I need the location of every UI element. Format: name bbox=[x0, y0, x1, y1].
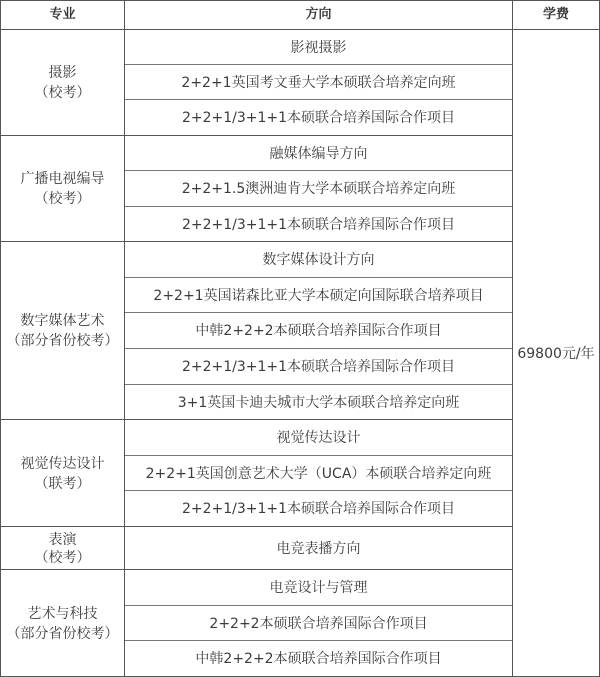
direction-cell: 电竞表播方向 bbox=[125, 527, 512, 570]
direction-cell: 2+2+1/3+1+1本硕联合培养国际合作项目 bbox=[125, 100, 512, 136]
direction-cell: 2+2+1/3+1+1本硕联合培养国际合作项目 bbox=[125, 349, 512, 385]
direction-cell: 中韩2+2+2本硕联合培养国际合作项目 bbox=[125, 313, 512, 349]
major-name: 视觉传达设计 bbox=[21, 454, 105, 474]
direction-cell: 影视摄影 bbox=[125, 30, 512, 65]
row-divider bbox=[125, 384, 512, 385]
direction-cell: 电竞设计与管理 bbox=[125, 570, 512, 606]
row-divider bbox=[125, 99, 512, 100]
direction-cell: 2+2+1英国创意艺术大学（UCA）本硕联合培养定向班 bbox=[125, 456, 512, 491]
major-name: 艺术与科技 bbox=[28, 604, 98, 624]
major-cell-broadcasting: 广播电视编导 （校考） bbox=[0, 136, 125, 242]
tuition-value: 69800元/年 bbox=[512, 30, 600, 677]
exam-type: （校考） bbox=[35, 83, 91, 103]
row-divider bbox=[125, 64, 512, 65]
exam-type: （校考） bbox=[35, 189, 91, 209]
column-divider bbox=[124, 0, 125, 677]
header-direction: 方向 bbox=[125, 0, 512, 30]
row-divider bbox=[125, 206, 512, 207]
direction-cell: 融媒体编导方向 bbox=[125, 136, 512, 171]
major-name: 表演 bbox=[49, 531, 77, 549]
major-cell-performance: 表演 （校考） bbox=[0, 527, 125, 570]
direction-cell: 2+2+2本硕联合培养国际合作项目 bbox=[125, 606, 512, 641]
table-border bbox=[0, 0, 600, 1]
direction-cell: 2+2+1/3+1+1本硕联合培养国际合作项目 bbox=[125, 207, 512, 242]
major-cell-photography: 摄影 （校考） bbox=[0, 30, 125, 136]
row-divider bbox=[125, 490, 512, 491]
row-divider bbox=[125, 170, 512, 171]
direction-cell: 2+2+1/3+1+1本硕联合培养国际合作项目 bbox=[125, 491, 512, 527]
group-divider bbox=[0, 526, 512, 527]
direction-cell: 中韩2+2+2本硕联合培养国际合作项目 bbox=[125, 641, 512, 677]
exam-type: （联考） bbox=[35, 474, 91, 494]
direction-cell: 数字媒体设计方向 bbox=[125, 242, 512, 278]
major-cell-visual-communication: 视觉传达设计 （联考） bbox=[0, 420, 125, 527]
tuition-table: 专业 方向 学费 摄影 （校考） 影视摄影 2+2+1英国考文垂大学本硕联合培养… bbox=[0, 0, 600, 677]
row-divider bbox=[125, 312, 512, 313]
direction-cell: 视觉传达设计 bbox=[125, 420, 512, 456]
group-divider bbox=[0, 419, 512, 420]
exam-type: （部分省份校考） bbox=[7, 624, 119, 644]
major-name: 广播电视编导 bbox=[21, 169, 105, 189]
direction-cell: 2+2+1英国诺森比亚大学本硕定向国际联合培养项目 bbox=[125, 278, 512, 313]
row-divider bbox=[125, 455, 512, 456]
header-major: 专业 bbox=[0, 0, 125, 30]
major-name: 摄影 bbox=[49, 63, 77, 83]
column-divider bbox=[512, 0, 513, 677]
group-divider bbox=[0, 241, 512, 242]
direction-cell: 3+1英国卡迪夫城市大学本硕联合培养定向班 bbox=[125, 385, 512, 420]
exam-type: （部分省份校考） bbox=[7, 331, 119, 351]
exam-type: （校考） bbox=[35, 549, 91, 567]
table-border bbox=[0, 0, 1, 677]
group-divider bbox=[0, 569, 512, 570]
row-divider bbox=[125, 640, 512, 641]
header-divider bbox=[0, 29, 600, 30]
major-cell-art-and-technology: 艺术与科技 （部分省份校考） bbox=[0, 570, 125, 677]
row-divider bbox=[125, 277, 512, 278]
group-divider bbox=[0, 135, 512, 136]
row-divider bbox=[125, 348, 512, 349]
direction-cell: 2+2+1英国考文垂大学本硕联合培养定向班 bbox=[125, 65, 512, 100]
header-tuition: 学费 bbox=[512, 0, 600, 30]
row-divider bbox=[125, 605, 512, 606]
major-name: 数字媒体艺术 bbox=[21, 311, 105, 331]
direction-cell: 2+2+1.5澳洲迪肯大学本硕联合培养定向班 bbox=[125, 171, 512, 207]
major-cell-digital-media-art: 数字媒体艺术 （部分省份校考） bbox=[0, 242, 125, 420]
